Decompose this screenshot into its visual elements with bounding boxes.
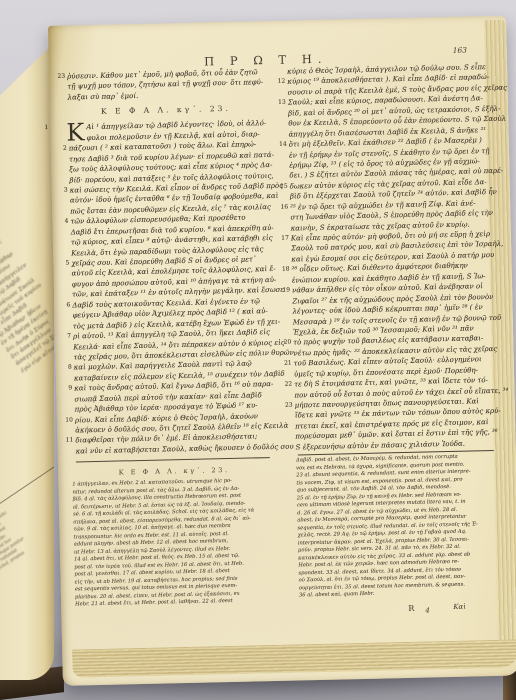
- notes-right-column: Δαβίδ. post al. abest, ἐν Μασερὲμ, & red…: [296, 453, 503, 600]
- verse-number: 11: [60, 436, 73, 447]
- verse-one-block: Κ 1Αὶ ¹ ἀπηγγείλαν τῷ Δαβὶδ λέγοντες· ἰδ…: [68, 118, 272, 456]
- verse-number: 10: [60, 415, 73, 426]
- left-column-verse-lines: 1Αὶ ¹ ἀπηγγείλαν τῷ Δαβὶδ λέγοντες· ἰδοὺ…: [68, 118, 272, 456]
- notes-left-lines: 1 ἀπήγγειλαν, ex Hebr. 2 al. καταπατοῦσι…: [72, 477, 279, 609]
- right-text-column: κύριε ὁ Θεὸς Ἰσραὴλ, ἀπάγγειλον τῷ δούλῳ…: [287, 62, 496, 453]
- verse-number: 4: [55, 217, 68, 228]
- verse-number: 14: [274, 140, 287, 151]
- page-stack-bottom-edge: [72, 639, 516, 677]
- verse-number: 16: [275, 202, 288, 213]
- verse-number: 18: [276, 265, 289, 276]
- carryover-verse-block: 23ῥύσεσιν. Κάθου μετ᾽ ἐμοῦ, μὴ φοβοῦ, ὅτ…: [67, 67, 264, 103]
- verse-number: 13: [273, 98, 286, 109]
- verse-number: 1: [35, 123, 48, 134]
- verse-number: 21: [279, 359, 292, 370]
- verse-number: 12: [272, 77, 285, 88]
- signature-mark: R: [408, 604, 414, 613]
- signature-number: 4: [425, 606, 430, 614]
- verse-number: 6: [57, 300, 70, 311]
- verse-number: 17: [276, 234, 289, 245]
- line-text: S ἐξερευνήσω αὐτὸν ἐν πάσαις χιλιάσιν Ἰο…: [296, 439, 466, 451]
- verse-number: 23: [280, 401, 293, 412]
- line-text: λαξαι σὺ παρ᾽ ἐμοί.: [68, 92, 139, 102]
- verse-number: 22: [279, 380, 292, 391]
- verse-number: 20: [278, 338, 291, 349]
- chapter-heading: Κ Ε Φ Α Λ. κγ΄. 23.: [68, 103, 264, 116]
- verse-number: 9: [59, 384, 72, 395]
- photo-of-open-book: τῷ Σαοὺλ καὶ εἶπενἐν τῇ ἡμέρᾳ ἐκείνῃκαὶ …: [0, 0, 516, 700]
- page-number: 163: [453, 46, 468, 55]
- verse-number: 15: [275, 181, 288, 192]
- footnote-rule-left: [76, 457, 270, 462]
- verse-number: 23: [52, 72, 65, 83]
- left-text-column: 23ῥύσεσιν. Κάθου μετ᾽ ἐμοῦ, μὴ φοβοῦ, ὅτ…: [67, 67, 272, 457]
- book-page: Π Ρ Ω Τ Η. 163 23ῥύσεσιν. Κάθου μετ᾽ ἐμο…: [48, 16, 516, 686]
- notes-left-column: Κ Ε Φ Α Λ. κγ΄. 23. 1 ἀπήγγειλαν, ex Heb…: [72, 464, 279, 609]
- notes-chapter-heading: Κ Ε Φ Α Λ. κγ΄. 23.: [72, 465, 276, 478]
- verse-number: 5: [56, 259, 69, 270]
- facing-page-notes-block: 34 al. abest, ut Hebr.35 al. τῷ Σαοὺλ36 …: [0, 458, 54, 576]
- verse-number: 7: [58, 332, 71, 343]
- notes-right-lines: Δαβίδ. post al. abest, ἐν Μασερὲμ, & red…: [296, 453, 503, 600]
- verse-number: 19: [277, 286, 290, 297]
- verse-number: 3: [55, 186, 68, 197]
- verse-number: 8: [59, 363, 72, 374]
- verse-number: 2: [54, 144, 67, 155]
- catchword: Καὶ: [453, 603, 466, 611]
- right-column-verse-lines: κύριε ὁ Θεὸς Ἰσραὴλ, ἀπάγγειλον τῷ δούλῳ…: [287, 62, 496, 453]
